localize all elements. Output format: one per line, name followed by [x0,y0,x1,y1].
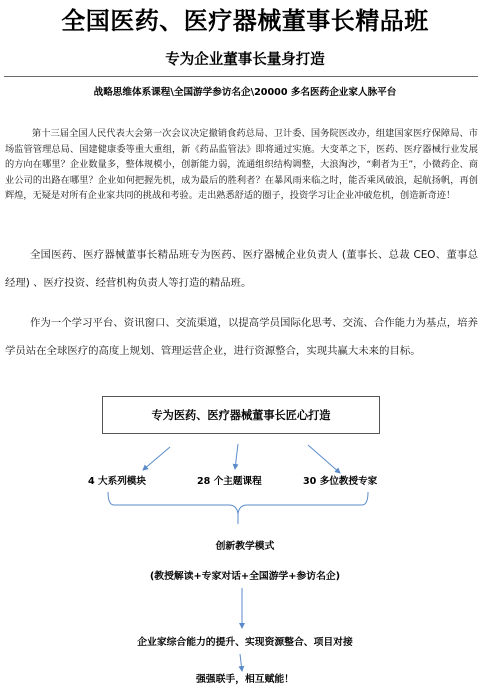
diagram-top-box-label: 专为医药、医疗器械董事长匠心打造 [151,407,330,423]
branch-modules: 4 大系列模块 [88,475,146,489]
intro-paragraph: 第十三届全国人民代表大会第一次会议决定撤销食药总局、卫计委、国务院医改办，组建国… [5,126,478,204]
page-title: 全国医药、医疗器械董事长精品班 [0,6,490,36]
closing-slogan: 强强联手，相互赋能！ [0,673,490,687]
goal-paragraph: 作为一个学习平台、资讯窗口、交流渠道，以提高学员国际化思考、交流、合作能力为基点… [5,310,478,365]
diagram-top-box: 专为医药、医疗器械董事长匠心打造 [102,396,380,434]
tagline: 战略思维体系课程\全国游学参访名企\20000 多名医药企业家人脉平台 [0,86,490,100]
description-paragraph: 全国医药、医疗器械董事长精品班专为医药、医疗器械企业负责人 (董事长、总裁 CE… [5,242,478,297]
branch-experts: 30 多位教授专家 [303,475,377,489]
outcome-text: 企业家综合能力的提升、实现资源整合、项目对接 [0,636,490,650]
branch-courses: 28 个主题课程 [197,475,262,489]
divider [4,76,478,77]
teaching-mode-title: 创新教学模式 [0,540,490,554]
teaching-mode-detail: (教授解读+专家对话+全国游学+参访名企) [0,570,490,584]
page-subtitle: 专为企业董事长量身打造 [0,50,490,70]
